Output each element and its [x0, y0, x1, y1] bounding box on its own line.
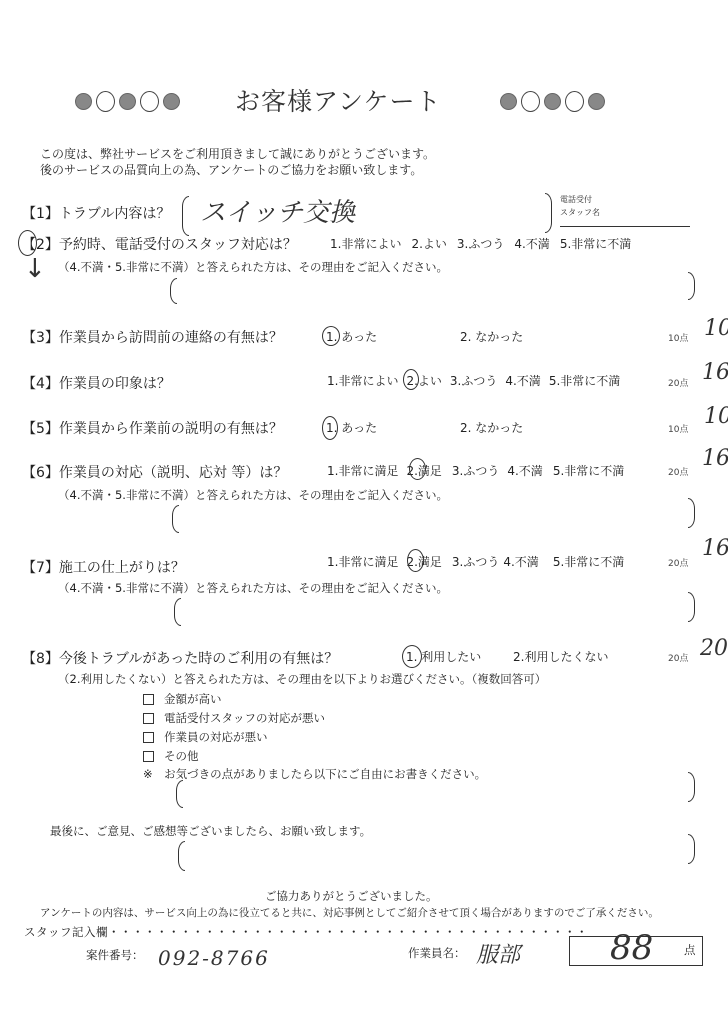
q2-label: 【2】予約時、電話受付のスタッフ対応は？ [22, 234, 297, 254]
q2-arrow-mark: ↓ [24, 254, 46, 284]
checkbox-icon[interactable] [143, 713, 154, 724]
q8-free-left [176, 780, 183, 808]
q6-note: （4.不満・5.非常に不満）と答えられた方は、その理由をご記入ください。 [58, 487, 448, 503]
final-comments-left [178, 841, 185, 871]
q6-selected-circle [409, 458, 426, 480]
q2-options: 1.非常によい2.よい3.ふつう4.不満5.非常に不満 [330, 235, 631, 252]
checkbox-icon[interactable] [143, 732, 154, 743]
q4-selected-circle [403, 369, 419, 390]
q8-option-2[interactable]: 2.利用したくない [513, 648, 608, 665]
q4-max-points: 20点 [668, 376, 688, 389]
q7-label: 【7】施工の仕上がりは？ [22, 557, 185, 577]
final-comments-right [688, 834, 695, 864]
score-unit: 点 [684, 942, 696, 958]
q4-option-3[interactable]: 3.ふつう [450, 374, 497, 388]
q1-bracket-left [182, 196, 189, 236]
total-score-value: 88 [610, 928, 653, 968]
usage-notice: アンケートの内容は、サービス向上の為に役立てると共に、対応事例としてご紹介させて… [40, 905, 659, 920]
q5-score: 10 [704, 404, 728, 429]
q3-label: 【3】作業員から訪問前の連絡の有無は？ [22, 327, 283, 347]
q8-max-points: 20点 [668, 651, 688, 664]
q2-note: （4.不満・5.非常に不満）と答えられた方は、その理由をご記入ください。 [58, 259, 448, 275]
reception-staff-field[interactable] [560, 226, 690, 227]
q8-score: 20 [700, 636, 728, 661]
q4-score: 16 [702, 360, 728, 385]
q5-option-2[interactable]: 2. なかった [460, 419, 523, 436]
q4-option-1[interactable]: 1.非常によい [327, 374, 398, 388]
q7-max-points: 20点 [668, 556, 688, 569]
q7-option-5[interactable]: 5.非常に不満 [553, 555, 624, 569]
q1-label: 【1】トラブル内容は？ [22, 203, 170, 223]
final-comments-field[interactable] [188, 841, 688, 869]
reception-staff-label: 電話受付スタッフ名 [560, 193, 600, 219]
q2-option-5[interactable]: 5.非常に不満 [560, 237, 631, 251]
checkbox-icon[interactable] [143, 694, 154, 705]
checkbox-icon[interactable] [143, 751, 154, 762]
worker-name-label: 作業員名： [408, 945, 466, 961]
q2-reason-right [688, 272, 695, 300]
q6-reason-field[interactable] [182, 505, 682, 531]
q4-options: 1.非常によい2.よい3.ふつう4.不満5.非常に不満 [327, 372, 620, 389]
q2-option-2[interactable]: 2.よい [411, 237, 446, 251]
q7-option-3[interactable]: 3.ふつう [452, 555, 499, 569]
q8-option-1[interactable]: 1. 利用したい [406, 648, 481, 665]
q6-score: 16 [702, 446, 728, 471]
q7-note: （4.不満・5.非常に不満）と答えられた方は、その理由をご記入ください。 [58, 580, 448, 596]
q7-score: 16 [702, 536, 728, 561]
q4-option-5[interactable]: 5.非常に不満 [549, 374, 620, 388]
case-number-label: 案件番号： [86, 947, 144, 963]
q7-option-1[interactable]: 1.非常に満足 [327, 555, 398, 569]
worker-name-value: 服部 [476, 938, 520, 969]
decor-dots-left [75, 91, 184, 112]
q5-max-points: 10点 [668, 422, 688, 435]
q2-reason-left [170, 278, 177, 304]
q8-checkbox-2[interactable]: 電話受付スタッフの対応が悪い [143, 710, 325, 726]
q8-free-field[interactable] [186, 780, 686, 806]
q7-selected-circle [407, 549, 424, 572]
q7-reason-right [688, 592, 695, 622]
q5-label: 【5】作業員から作業前の説明の有無は？ [22, 418, 283, 438]
thanks-text: ご協力ありがとうございました。 [265, 888, 438, 904]
q8-checkbox-3[interactable]: 作業員の対応が悪い [143, 729, 268, 745]
intro-line-1: この度は、弊社サービスをご利用頂きまして誠にありがとうございます。 [40, 146, 435, 163]
q7-reason-left [174, 598, 181, 626]
q6-label: 【6】作業員の対応（説明、応対 等）は？ [22, 462, 287, 482]
q2-reason-field[interactable] [180, 278, 680, 302]
q2-option-3[interactable]: 3.ふつう [457, 237, 504, 251]
q6-reason-right [688, 498, 695, 528]
page-title: お客様アンケート [235, 82, 442, 118]
q7-options: 1.非常に満足2.満足3.ふつう4.不満5.非常に不満 [327, 553, 624, 570]
q6-option-5[interactable]: 5.非常に不満 [553, 464, 624, 478]
q4-label: 【4】作業員の印象は？ [22, 373, 171, 393]
q3-max-points: 10点 [668, 331, 688, 344]
q7-option-4[interactable]: 4.不満 [503, 555, 538, 569]
q1-bracket-right [545, 193, 552, 233]
case-number-value: 092-8766 [158, 946, 270, 970]
q6-options: 1.非常に満足2.満足3.ふつう4.不満5.非常に不満 [327, 462, 624, 479]
q8-note: （2.利用したくない）と答えられた方は、その理由を以下よりお選びください。（複数… [58, 671, 546, 687]
q3-score: 10 [704, 316, 728, 341]
q7-reason-field[interactable] [184, 598, 684, 624]
q1-answer-field[interactable]: スイッチ交換 [200, 192, 355, 229]
q8-label: 【8】今後トラブルがあった時のご利用の有無は？ [22, 648, 338, 668]
q4-option-4[interactable]: 4.不満 [505, 374, 540, 388]
q8-checkbox-1[interactable]: 金額が高い [143, 691, 222, 707]
q6-option-3[interactable]: 3.ふつう [452, 464, 499, 478]
intro-line-2: 後のサービスの品質向上の為、アンケートのご協力をお願い致します。 [40, 162, 422, 179]
q2-option-1[interactable]: 1.非常によい [330, 237, 401, 251]
q5-option-1[interactable]: 1. あった [326, 419, 377, 436]
q3-option-1[interactable]: 1. あった [326, 328, 377, 345]
q8-checkbox-4[interactable]: その他 [143, 748, 199, 764]
q6-option-4[interactable]: 4.不満 [507, 464, 542, 478]
q8-free-right [688, 772, 695, 802]
q6-reason-left [172, 505, 179, 533]
q2-option-4[interactable]: 4.不満 [514, 237, 549, 251]
decor-dots-right [500, 91, 609, 112]
q6-max-points: 20点 [668, 465, 688, 478]
q6-option-1[interactable]: 1.非常に満足 [327, 464, 398, 478]
q3-option-2[interactable]: 2. なかった [460, 328, 523, 345]
final-comments-label: 最後に、ご意見、ご感想等ございましたら、お願い致します。 [50, 823, 371, 839]
